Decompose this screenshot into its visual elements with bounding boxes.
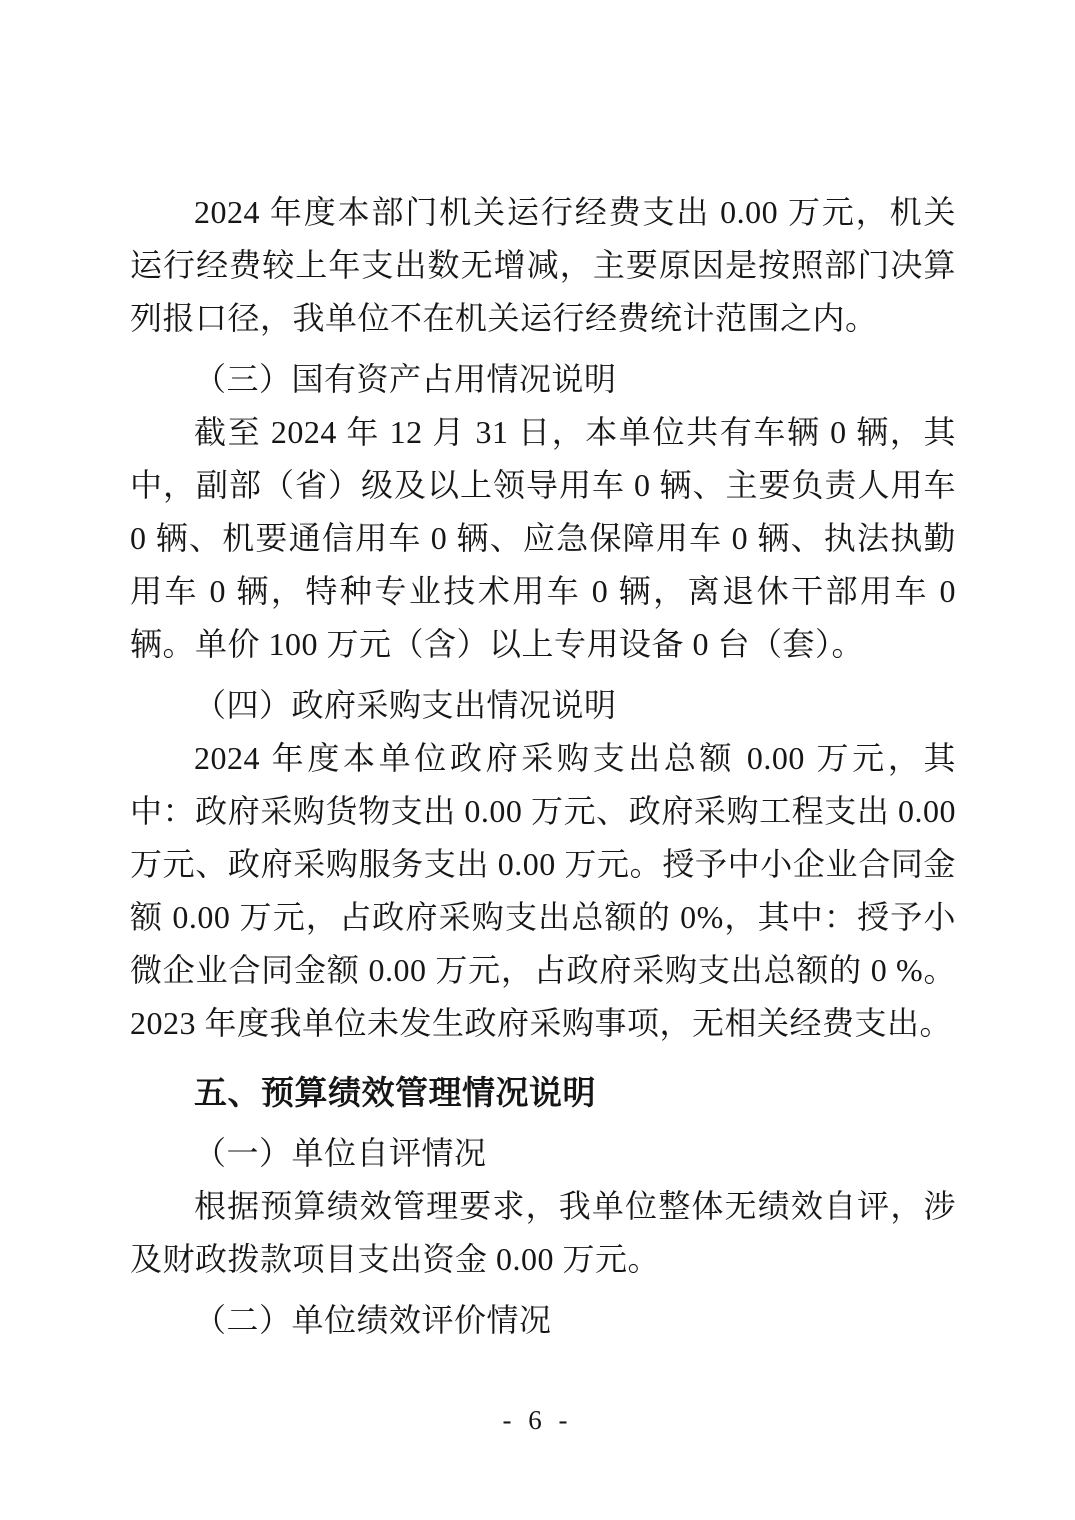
heading-state-assets-usage: （三）国有资产占用情况说明 bbox=[130, 353, 956, 406]
page-number: - 6 - bbox=[503, 1405, 573, 1435]
paragraph-agency-operating-costs: 2024 年度本部门机关运行经费支出 0.00 万元，机关运行经费较上年支出数无… bbox=[130, 186, 956, 345]
heading-budget-performance-management: 五、预算绩效管理情况说明 bbox=[130, 1066, 956, 1119]
page-footer: - 6 - bbox=[0, 1405, 1075, 1436]
heading-government-procurement: （四）政府采购支出情况说明 bbox=[130, 679, 956, 732]
heading-unit-self-evaluation: （一）单位自评情况 bbox=[130, 1127, 956, 1180]
heading-unit-performance-evaluation: （二）单位绩效评价情况 bbox=[130, 1294, 956, 1347]
paragraph-unit-self-evaluation: 根据预算绩效管理要求，我单位整体无绩效自评，涉及财政拨款项目支出资金 0.00 … bbox=[130, 1180, 956, 1286]
paragraph-government-procurement: 2024 年度本单位政府采购支出总额 0.00 万元，其中：政府采购货物支出 0… bbox=[130, 732, 956, 1050]
document-body: 2024 年度本部门机关运行经费支出 0.00 万元，机关运行经费较上年支出数无… bbox=[130, 186, 956, 1347]
paragraph-state-assets-usage: 截至 2024 年 12 月 31 日，本单位共有车辆 0 辆，其中，副部（省）… bbox=[130, 406, 956, 671]
document-page: 2024 年度本部门机关运行经费支出 0.00 万元，机关运行经费较上年支出数无… bbox=[0, 0, 1075, 1520]
